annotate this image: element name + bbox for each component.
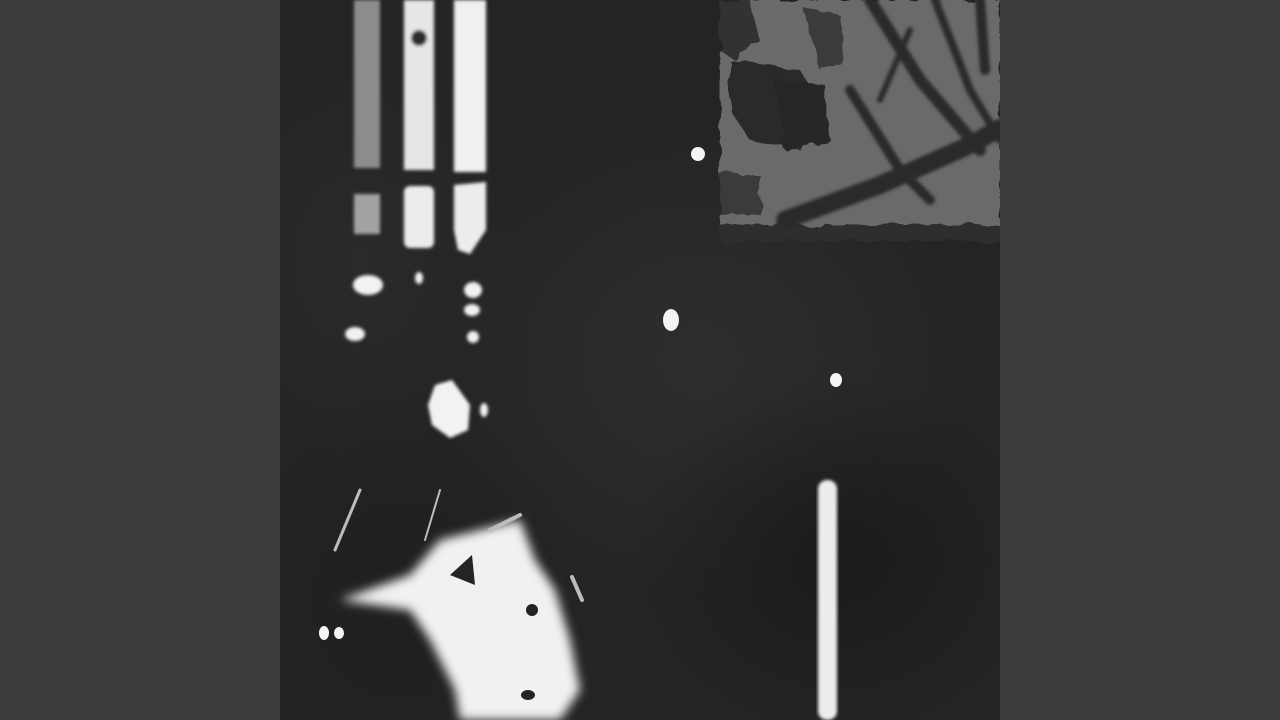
- album-artwork: [280, 0, 1000, 720]
- artwork-drawing: [280, 0, 1000, 720]
